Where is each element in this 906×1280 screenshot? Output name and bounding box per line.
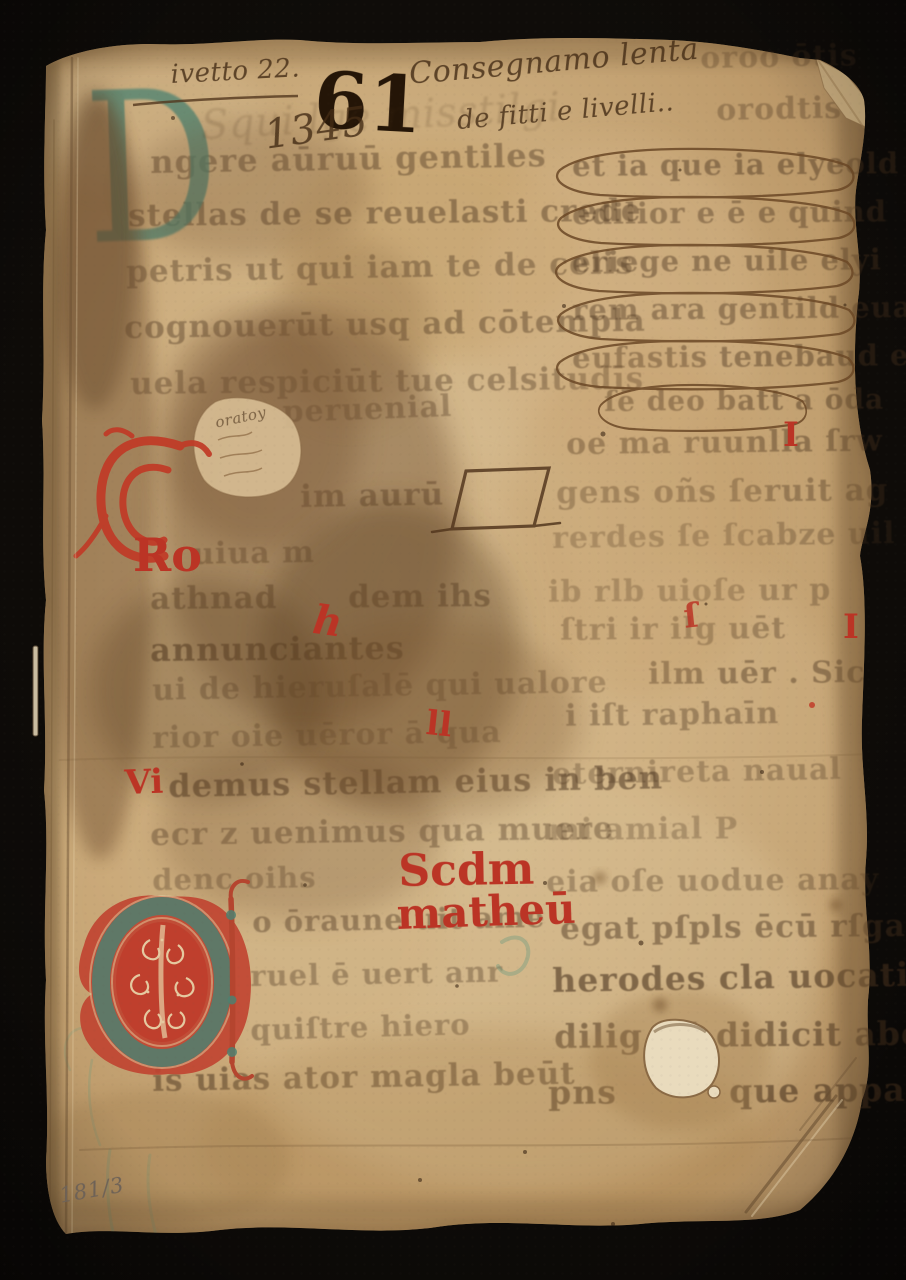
- patch-note: oratoy: [214, 405, 268, 430]
- rubric-line2: matheū: [396, 888, 576, 936]
- red-paragraph-mark: I: [843, 610, 859, 644]
- cursive-note-line1: Consegnamo lenta: [408, 35, 700, 90]
- top-label: ivetto 22.: [170, 55, 301, 88]
- archival-annotations: ivetto 22. 61 Squi lge misstilgi 1345 Co…: [0, 0, 906, 1280]
- manuscript-photograph: ngere aūruū gentilesstellas de se reuela…: [0, 0, 906, 1280]
- red-verse-word: Vi: [124, 765, 164, 800]
- red-paragraph-mark: ſ: [682, 598, 700, 633]
- red-paragraph-mark: h: [310, 600, 344, 644]
- shelfmark: 181/3: [58, 1175, 126, 1207]
- red-paragraph-mark: ll: [424, 706, 453, 743]
- red-penwork-word: Ro: [133, 532, 202, 578]
- red-paragraph-mark: I: [783, 418, 799, 452]
